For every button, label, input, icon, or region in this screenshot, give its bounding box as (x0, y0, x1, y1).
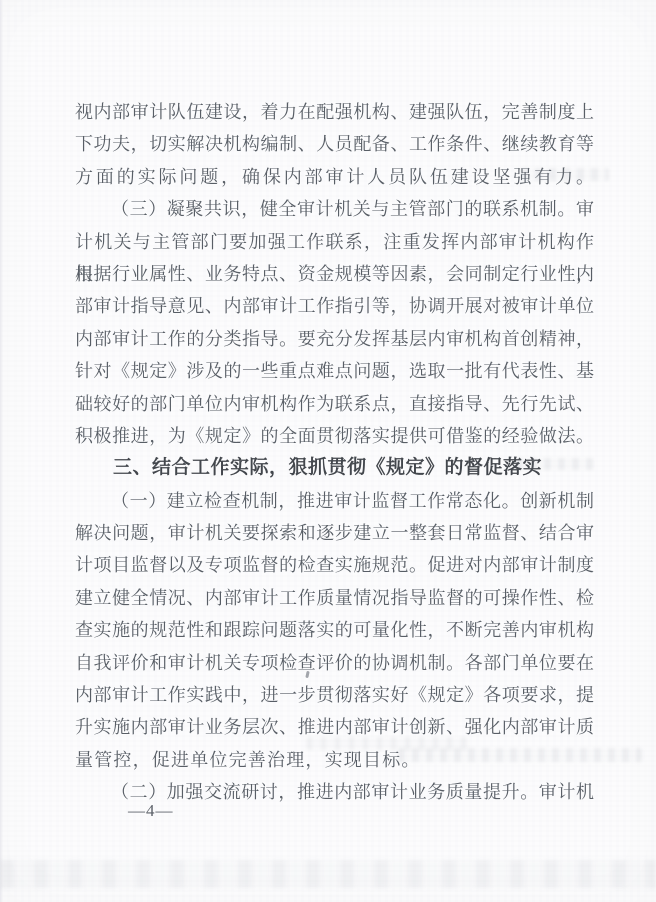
text-line: 部审计指导意见、内部审计工作指引等，协调开展对被审计单位 (75, 290, 594, 322)
text-line: 查实施的规范性和跟踪问题落实的可量化性，不断完善内审机构 (75, 614, 594, 646)
text-line: 解决问题，审计机关要探索和逐步建立一整套日常监督、结合审 (75, 517, 594, 549)
text-line: 内部审计工作的分类指导。要充分发挥基层内审机构首创精神， (75, 323, 594, 355)
text-line: 计项目监督以及专项监督的检查实施规范。促进对内部审计制度 (75, 549, 594, 581)
text-line: 建立健全情况、内部审计工作质量情况指导监督的可操作性、检 (75, 582, 594, 614)
text-line: （三）凝聚共识，健全审计机关与主管部门的联系机制。审 (75, 193, 594, 225)
text-line: 础较好的部门单位内审机构作为联系点，直接指导、先行先试、 (75, 388, 594, 420)
text-line: 视内部审计队伍建设，着力在配强机构、建强队伍，完善制度上 (75, 96, 594, 128)
text-line: （一）建立检查机制，推进审计监督工作常态化。创新机制 (75, 485, 594, 517)
document-page: 视内部审计队伍建设，着力在配强机构、建强队伍，完善制度上 下功夫，切实解决机构编… (0, 0, 656, 902)
bleedthrough-artifact (521, 168, 609, 181)
text-line: 积极推进，为《规定》的全面贯彻落实提供可借鉴的经验做法。 (75, 420, 594, 452)
text-line: 根据行业属性、业务特点、资金规模等因素，会同制定行业性内 (75, 258, 594, 290)
bleedthrough-artifact (516, 458, 594, 470)
text-line: 计机关与主管部门要加强工作联系，注重发挥内部审计机构作用， (75, 226, 594, 258)
bleedthrough-artifact (398, 748, 642, 762)
scan-edge (0, 0, 3, 902)
text-line: 方面的实际问题，确保内部审计人员队伍建设坚强有力。 (75, 161, 594, 193)
scan-noise-band (0, 860, 656, 888)
document-body: 视内部审计队伍建设，着力在配强机构、建强队伍，完善制度上 下功夫，切实解决机构编… (75, 96, 594, 809)
page-number: —4— (128, 801, 174, 821)
text-line: 下功夫，切实解决机构编制、人员配备、工作条件、继续教育等 (75, 128, 594, 160)
text-line: 自我评价和审计机关专项检查评价的协调机制。各部门单位要在 (75, 647, 594, 679)
text-line: 针对《规定》涉及的一些重点难点问题，选取一批有代表性、基 (75, 355, 594, 387)
text-line: 内部审计工作实践中，进一步贯彻落实好《规定》各项要求，提 (75, 679, 594, 711)
